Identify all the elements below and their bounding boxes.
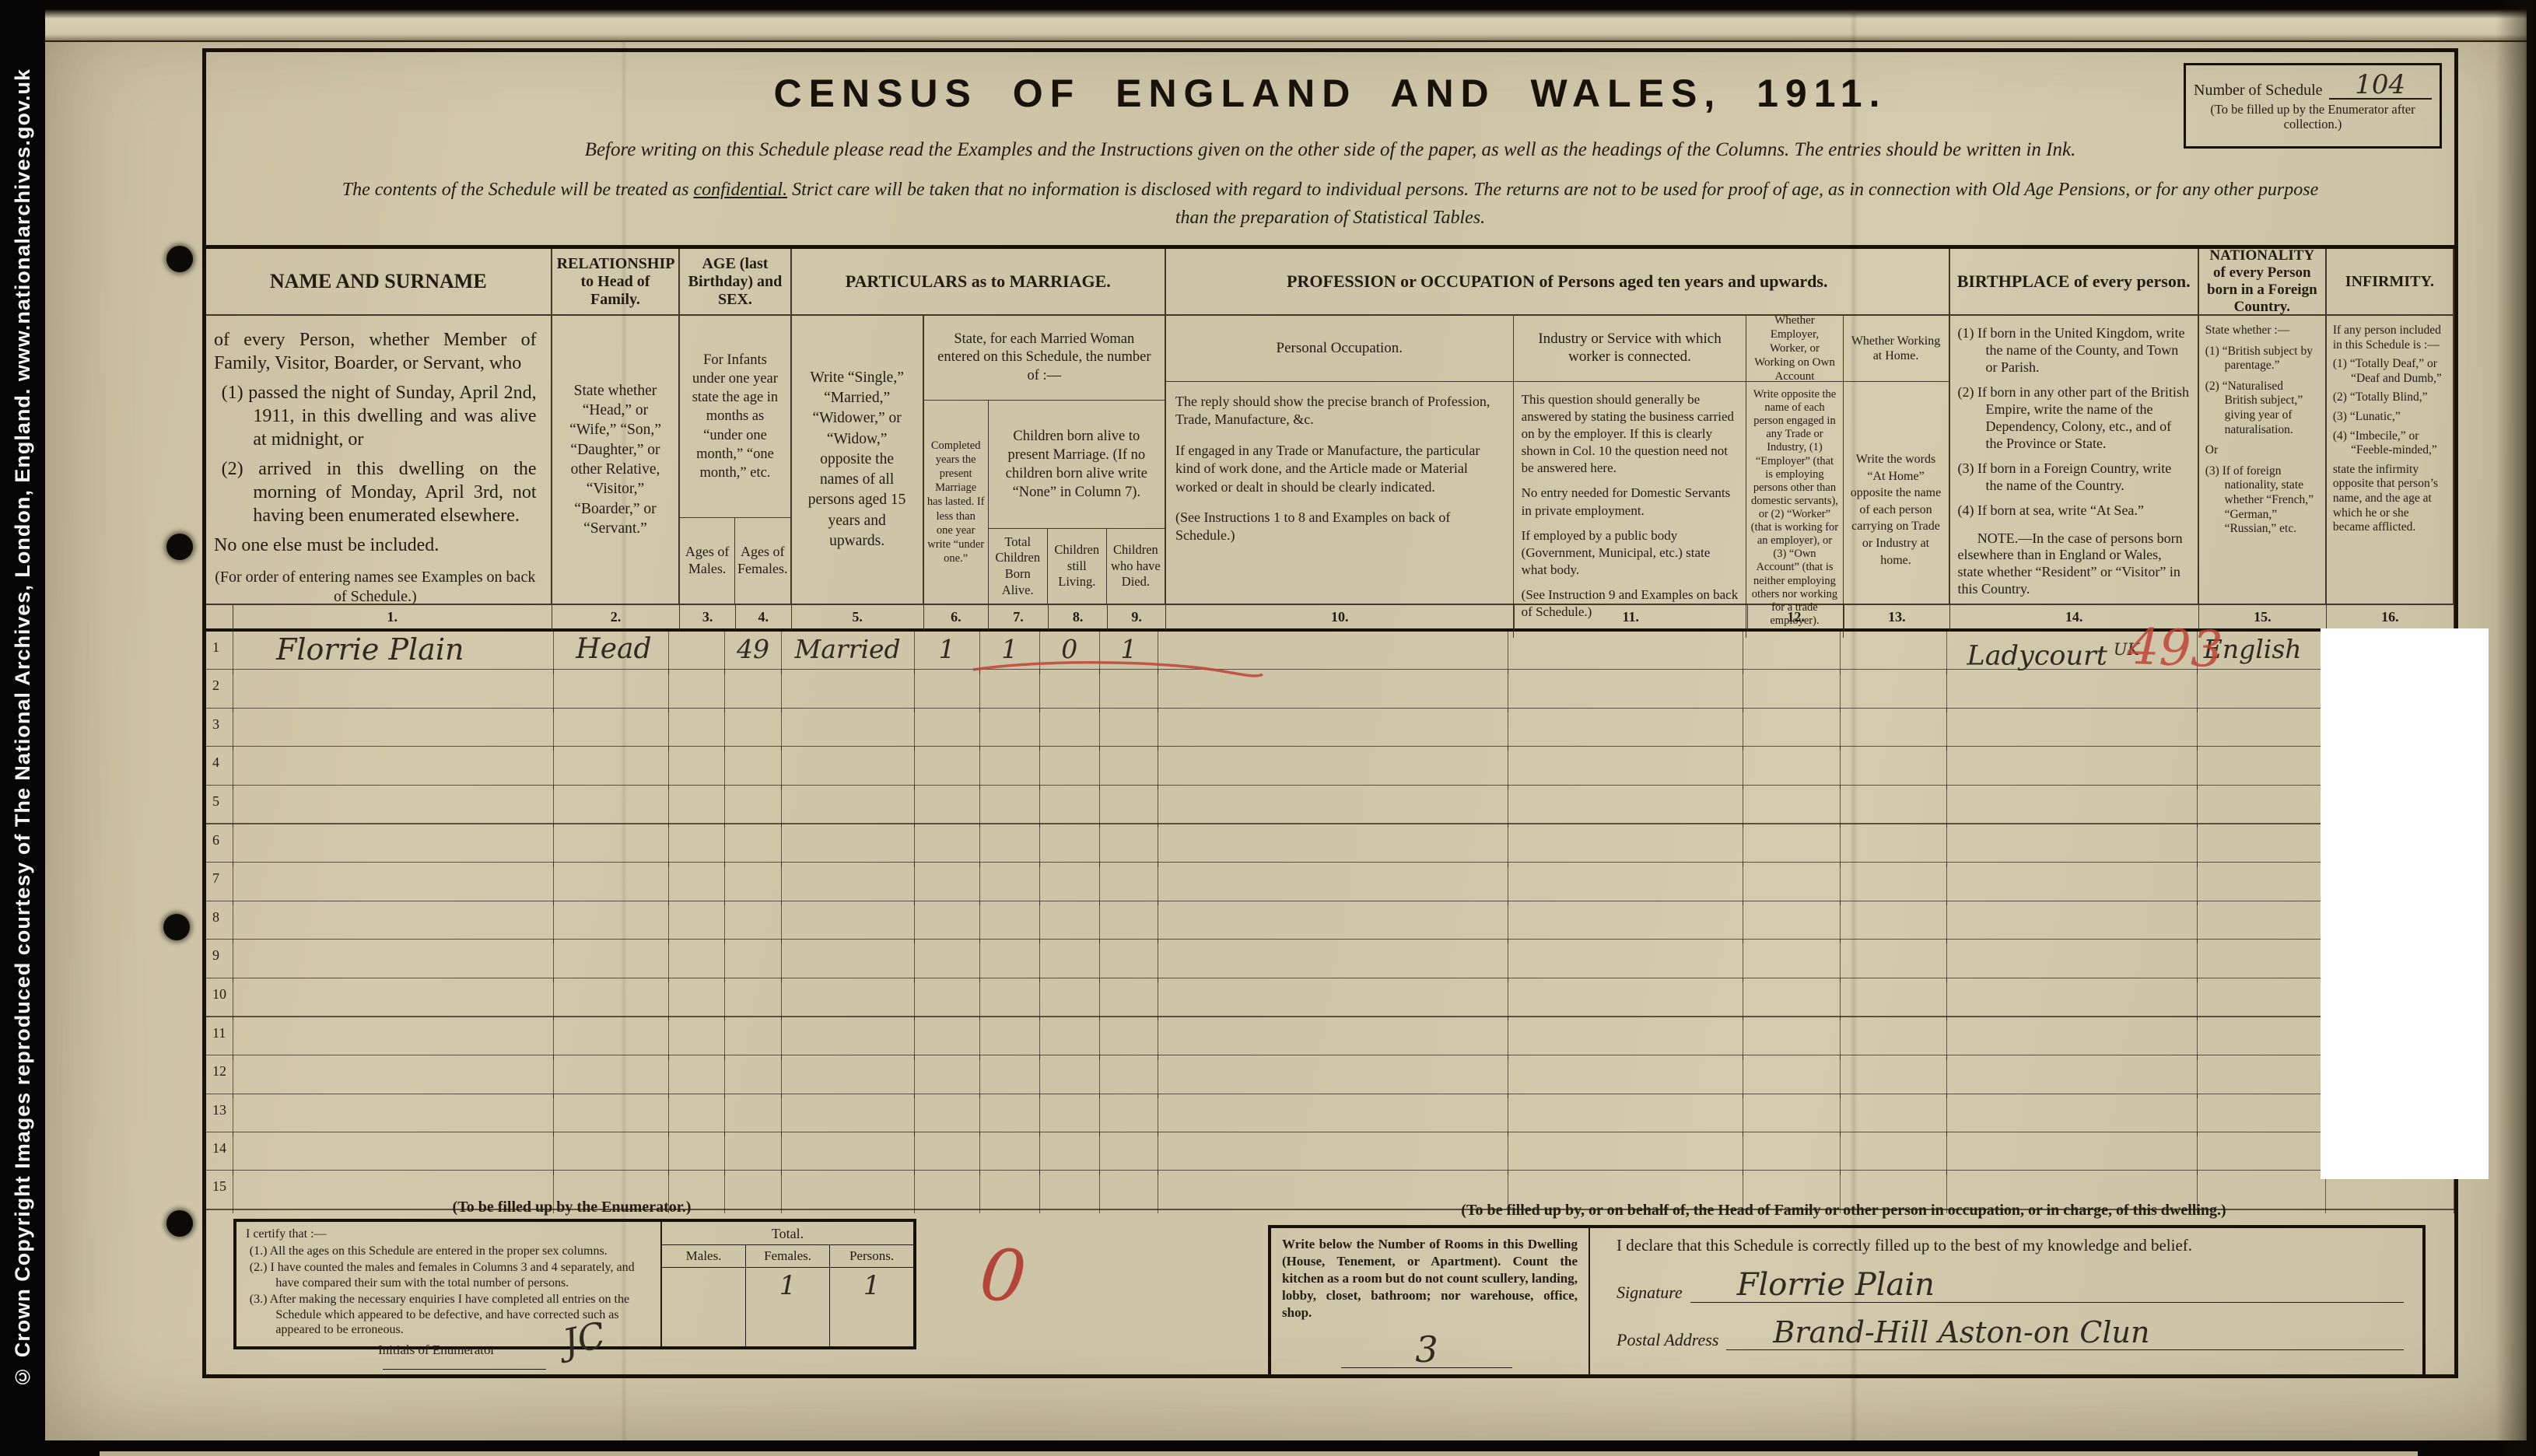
punch-hole [166,534,193,560]
table-row: 2 [206,670,2454,708]
cell-age-male [669,940,725,982]
cell-industry [1508,978,1743,1021]
table-body: 1 Florrie Plain Head 49 Married 1 1 0 1 … [206,632,2454,1210]
cell-industry [1508,670,1743,712]
cell-relationship [554,1094,669,1137]
cell-nationality [2198,901,2326,944]
col-birthplace-title: BIRTHPLACE of every person. [1950,249,2199,316]
column-number: 12. [1748,605,1844,632]
married-woman-section: State, for each Married Woman entered on… [924,316,1166,605]
cell-name [233,1132,554,1175]
cell-occupation [1158,978,1508,1021]
cell-at-home [1841,978,1946,1021]
cell-age-female [725,863,781,905]
column-number: 13. [1844,605,1949,632]
cell-occupation [1158,1017,1508,1060]
cell-birthplace [1947,709,2198,751]
row-number: 7 [206,863,233,905]
table-row: 12 [206,1055,2454,1094]
cell-relationship [554,1132,669,1175]
redaction-patch [2321,628,2489,1179]
cell-years-married [915,1017,980,1060]
cell-age-female [725,1094,781,1137]
declaration-box: Write below the Number of Rooms in this … [1268,1225,2426,1377]
row-number: 4 [206,747,233,789]
totals-persons-column: Persons. 1 [830,1245,913,1346]
cell-birthplace [1947,747,2198,789]
schedule-number-label: Number of Schedule [2194,82,2323,100]
cell-age-female [725,940,781,982]
ages-of-females-label: Ages of Females. [735,518,790,604]
red-ink-strike [969,651,1272,687]
cell-children-died [1100,786,1158,828]
personal-occupation-body: The reply should show the precise branch… [1166,382,1513,638]
cell-children-born [980,1171,1040,1213]
cell-children-died [1100,1171,1158,1213]
personal-occupation-column: Personal Occupation. The reply should sh… [1166,316,1514,638]
signature-row: Signature Florrie Plain [1617,1268,2404,1303]
cell-occupation [1158,1055,1508,1098]
table-row: 14 [206,1132,2454,1171]
cell-years-married [915,786,980,828]
cell-age-male [669,863,725,905]
cell-nationality [2198,940,2326,982]
cell-marital-condition [782,670,915,712]
cell-children-died [1100,1055,1158,1098]
children-still-living-label: Children still Living. [1048,529,1107,604]
employer-worker-body: Write opposite the name of each person e… [1746,382,1842,638]
cell-marital-condition [782,901,915,944]
cell-employer-worker [1743,824,1841,867]
cell-relationship [554,863,669,905]
table-header: NAME AND SURNAME RELATIONSHIP to Head of… [206,249,2454,632]
postal-address-row: Postal Address Brand-Hill Aston-on Clun [1617,1315,2404,1350]
cell-industry [1508,824,1743,867]
col-name-description: of every Person, whether Member of Famil… [206,316,552,605]
cell-employer-worker [1743,863,1841,905]
punch-hole [166,1210,193,1237]
cell-marital-condition [782,786,915,828]
cell-years-married [915,824,980,867]
schedule-number-box: Number of Schedule 104 (To be filled up … [2184,63,2442,149]
cell-children-born [980,824,1040,867]
totals-title: Total. [662,1222,913,1245]
cell-name [233,901,554,944]
cell-occupation [1158,1132,1508,1175]
cell-occupation [1158,709,1508,751]
working-at-home-header: Whether Working at Home. [1844,316,1949,382]
cell-children-born [980,747,1040,789]
cell-name [233,824,554,867]
cell-children-died [1100,1094,1158,1137]
row-number: 11 [206,1017,233,1060]
cell-age-male [669,1094,725,1137]
married-woman-header: State, for each Married Woman entered on… [924,316,1165,401]
row-number: 13 [206,1094,233,1137]
industry-body: This question should generally be answer… [1514,382,1746,638]
table-row: 8 [206,901,2454,940]
enumerator-certification: I certify that :— (1.) All the ages on t… [236,1222,660,1346]
cell-name [233,709,554,751]
column-number: 1. [233,605,552,632]
cell-age-male [669,1017,725,1060]
totals-table: Total. Males. Females. 1 Persons. 1 [660,1222,913,1346]
cell-occupation [1158,901,1508,944]
page-bottom-edge [100,1451,2418,1456]
cell-nationality [2198,1055,2326,1098]
cell-age-male [669,670,725,712]
col-relationship-description: State whether “Head,” or “Wife,” “Son,” … [552,316,681,605]
col-infirmity-description: If any person included in this Schedule … [2327,316,2454,605]
enumerator-initials-handwriting: JC [559,1313,609,1364]
table-row: 11 [206,1017,2454,1055]
cell-industry [1508,632,1743,674]
cell-children-born [980,940,1040,982]
cell-employer-worker [1743,1017,1841,1060]
cell-at-home [1841,1055,1946,1098]
column-number: 5. [792,605,924,632]
page-top-edge [45,9,2527,42]
cell-children-born [980,1055,1040,1098]
cell-employer-worker [1743,709,1841,751]
cell-nationality [2198,786,2326,828]
cell-age-male [669,1132,725,1175]
totals-males-value [662,1268,745,1346]
column-number: 9. [1108,605,1166,632]
cell-employer-worker [1743,1132,1841,1175]
row-number: 6 [206,824,233,867]
children-born-header: Children born alive to present Marriage.… [989,401,1165,529]
cell-children-died [1100,1132,1158,1175]
cell-years-married [915,940,980,982]
cell-employer-worker [1743,901,1841,944]
industry-header: Industry or Service with which worker is… [1514,316,1746,382]
table-row: 4 [206,747,2454,785]
totals-females-column: Females. 1 [746,1245,830,1346]
cell-marital-condition [782,747,915,789]
cell-at-home [1841,1132,1946,1175]
schedule-number-value: 104 [2329,72,2432,100]
cell-children-living [1040,1055,1100,1098]
cell-at-home [1841,632,1946,674]
cell-name: Florrie Plain [233,632,554,674]
red-ink-zero: 0 [976,1232,1030,1320]
col-marriage-title: PARTICULARS as to MARRIAGE. [792,249,1166,316]
cell-at-home [1841,747,1946,789]
cell-age-male [669,786,725,828]
cell-relationship [554,670,669,712]
column-number: 7. [989,605,1049,632]
schedule-number-note: (To be filled up by the Enumerator after… [2194,103,2432,132]
cell-name [233,1094,554,1137]
cell-birthplace [1947,901,2198,944]
column-number: 6. [924,605,990,632]
cell-age-female [725,1132,781,1175]
row-number: 9 [206,940,233,982]
cell-years-married [915,901,980,944]
employer-worker-column: Whether Employer, Worker, or Working on … [1746,316,1843,638]
cell-employer-worker [1743,940,1841,982]
cell-relationship [554,786,669,828]
page-right-edge-shadow [2496,0,2536,1456]
cell-children-died [1100,863,1158,905]
working-at-home-body: Write the words “At Home” opposite the n… [1844,382,1949,638]
cell-occupation [1158,1094,1508,1137]
cell-marital-condition [782,978,915,1021]
cell-years-married [915,709,980,751]
census-schedule-page: CENSUS OF ENGLAND AND WALES, 1911. Numbe… [45,9,2527,1440]
cell-name [233,940,554,982]
cell-years-married [915,1094,980,1137]
cell-marital-condition: Married [782,632,915,674]
column-number: 11. [1515,605,1748,632]
cell-occupation [1158,940,1508,982]
cell-marital-condition [782,1132,915,1175]
col-relationship-title: RELATIONSHIP to Head of Family. [552,249,681,316]
cell-marital-condition [782,1094,915,1137]
row-number: 2 [206,670,233,712]
cell-years-married [915,863,980,905]
cell-employer-worker [1743,670,1841,712]
confidential-word: confidential. [693,180,787,200]
cell-employer-worker [1743,1055,1841,1098]
cell-age-male [669,709,725,751]
cell-children-living [1040,1132,1100,1175]
cell-at-home [1841,940,1946,982]
cell-relationship [554,901,669,944]
cell-relationship: Head [554,632,669,674]
row-number: 15 [206,1171,233,1213]
totals-males-column: Males. [662,1245,746,1346]
cell-years-married [915,1132,980,1175]
declaration-statement: I declare that this Schedule is correctl… [1617,1236,2404,1255]
cell-children-living [1040,1094,1100,1137]
cell-industry [1508,1055,1743,1098]
cell-occupation [1158,863,1508,905]
row-number: 14 [206,1132,233,1175]
column-number: 8. [1049,605,1109,632]
totals-females-value: 1 [746,1268,829,1346]
industry-column: Industry or Service with which worker is… [1514,316,1747,638]
cell-birthplace [1947,824,2198,867]
cell-employer-worker [1743,747,1841,789]
col-infirmity-title: INFIRMITY. [2327,249,2454,316]
cell-birthplace [1947,1132,2198,1175]
enumerator-box-heading: (To be filled up by the Enumerator.) [233,1199,910,1216]
cell-birthplace [1947,978,2198,1021]
rooms-instructions: Write below the Number of Rooms in this … [1271,1228,1590,1374]
declaration-box-heading: (To be filled up by, or on behalf of, th… [1268,1202,2419,1220]
cell-relationship [554,1055,669,1098]
cell-age-female [725,1055,781,1098]
cell-marital-condition [782,709,915,751]
schedule-form: CENSUS OF ENGLAND AND WALES, 1911. Numbe… [202,48,2458,1378]
row-number: 5 [206,786,233,828]
cell-industry [1508,863,1743,905]
cell-employer-worker [1743,1094,1841,1137]
cell-age-female [725,670,781,712]
cell-age-female [725,709,781,751]
cell-age-female [725,747,781,789]
red-ink-number: 493 [2127,618,2224,679]
cell-nationality [2198,709,2326,751]
cell-children-living [1040,1171,1100,1213]
ages-of-males-label: Ages of Males. [680,518,735,604]
column-number: 3. [680,605,736,632]
column-number: 2. [552,605,681,632]
col-name-title: NAME AND SURNAME [206,249,552,316]
cell-industry [1508,1094,1743,1137]
column-number: 4. [736,605,792,632]
cell-children-born [980,1017,1040,1060]
cell-name [233,1055,554,1098]
cell-name [233,786,554,828]
signature-handwriting: Florrie Plain [1737,1267,1935,1303]
cell-children-died [1100,940,1158,982]
cell-children-born [980,901,1040,944]
cell-at-home [1841,824,1946,867]
cell-employer-worker [1743,978,1841,1021]
row-number: 1 [206,632,233,674]
col-nationality-description: State whether :— (1) “British subject by… [2199,316,2327,605]
instruction-line-2: The contents of the Schedule will be tre… [229,180,2431,201]
cell-children-living [1040,978,1100,1021]
row-number: 10 [206,978,233,1021]
census-table: NAME AND SURNAME RELATIONSHIP to Head of… [206,245,2454,1210]
cell-years-married [915,1055,980,1098]
cell-nationality [2198,978,2326,1021]
cell-age-female [725,786,781,828]
cell-nationality [2198,747,2326,789]
table-row: 10 [206,978,2454,1017]
col-birthplace-description: (1) If born in the United Kingdom, write… [1950,316,2199,605]
cell-industry [1508,1017,1743,1060]
cell-children-born [980,1094,1040,1137]
cell-children-died [1100,901,1158,944]
cell-industry [1508,940,1743,982]
cell-children-born [980,978,1040,1021]
cell-birthplace [1947,1055,2198,1098]
declaration-text-area: I declare that this Schedule is correctl… [1590,1228,2422,1374]
column-number-gutter [206,605,233,632]
cell-age-female [725,978,781,1021]
col-age-description: For Infants under one year state the age… [680,316,791,605]
cell-nationality [2198,1017,2326,1060]
form-title: CENSUS OF ENGLAND AND WALES, 1911. [206,71,2454,116]
cell-age-female [725,1017,781,1060]
cell-at-home [1841,786,1946,828]
col-nationality-title: NATIONALITY of every Person born in a Fo… [2199,249,2327,316]
table-row: 6 [206,824,2454,863]
row-number: 3 [206,709,233,751]
cell-children-born [980,863,1040,905]
cell-children-born [980,1132,1040,1175]
cell-age-female: 49 [725,632,781,674]
cell-years-married [915,978,980,1021]
cell-name [233,747,554,789]
cell-at-home [1841,670,1946,712]
cell-name [233,978,554,1021]
cell-children-born [980,786,1040,828]
col-marital-description: Write “Single,” “Married,” “Widower,” or… [792,316,924,605]
table-row: 5 [206,786,2454,824]
cell-age-female [725,901,781,944]
age-infants-note: For Infants under one year state the age… [680,316,790,518]
postal-address-handwriting: Brand-Hill Aston-on Clun [1773,1315,2149,1349]
cell-name [233,1017,554,1060]
cell-children-living [1040,824,1100,867]
cell-nationality [2198,824,2326,867]
children-born-alive-label: Total Children Born Alive. [989,529,1048,604]
cell-at-home [1841,1017,1946,1060]
table-row: 1 Florrie Plain Head 49 Married 1 1 0 1 … [206,632,2454,670]
profession-section: Personal Occupation. The reply should sh… [1166,316,1950,605]
cell-years-married [915,1171,980,1213]
cell-age-male [669,978,725,1021]
cell-at-home [1841,863,1946,905]
cell-relationship [554,747,669,789]
cell-nationality [2198,863,2326,905]
copyright-text: © Crown Copyright Images reproduced cour… [11,68,35,1388]
cell-children-living [1040,747,1100,789]
cell-children-living [1040,863,1100,905]
cell-relationship [554,824,669,867]
column-number: 16. [2327,605,2454,632]
cell-age-male [669,901,725,944]
punch-hole [163,914,190,940]
cell-age-male [669,1055,725,1098]
row-number: 12 [206,1055,233,1098]
cell-marital-condition [782,824,915,867]
cell-age-male [669,824,725,867]
cell-marital-condition [782,863,915,905]
cell-children-born [980,709,1040,751]
personal-occupation-header: Personal Occupation. [1166,316,1513,382]
row-number: 8 [206,901,233,944]
cell-children-living [1040,786,1100,828]
cell-children-living [1040,1017,1100,1060]
column-number: 10. [1166,605,1515,632]
cell-nationality [2198,1132,2326,1175]
cell-children-living [1040,901,1100,944]
cell-marital-condition [782,1055,915,1098]
cell-birthplace [1947,863,2198,905]
cell-children-died [1100,824,1158,867]
punch-hole [166,246,193,272]
cell-occupation [1158,786,1508,828]
cell-children-died [1100,1017,1158,1060]
cell-children-living [1040,940,1100,982]
cell-industry [1508,901,1743,944]
cell-birthplace [1947,786,2198,828]
rooms-count-handwriting: 3 [1341,1332,1512,1368]
working-at-home-column: Whether Working at Home. Write the words… [1844,316,1949,638]
cell-birthplace [1947,1094,2198,1137]
cell-birthplace [1947,940,2198,982]
cell-industry [1508,786,1743,828]
instruction-line-3: than the preparation of Statistical Tabl… [206,208,2454,229]
cell-at-home [1841,709,1946,751]
table-row: 3 [206,709,2454,747]
enumerator-box: I certify that :— (1.) All the ages on t… [233,1219,916,1349]
cell-nationality [2198,1094,2326,1137]
cell-age-male [669,632,725,674]
table-row: 9 [206,940,2454,978]
cell-relationship [554,940,669,982]
cell-at-home [1841,901,1946,944]
cell-age-female [725,824,781,867]
cell-employer-worker [1743,786,1841,828]
